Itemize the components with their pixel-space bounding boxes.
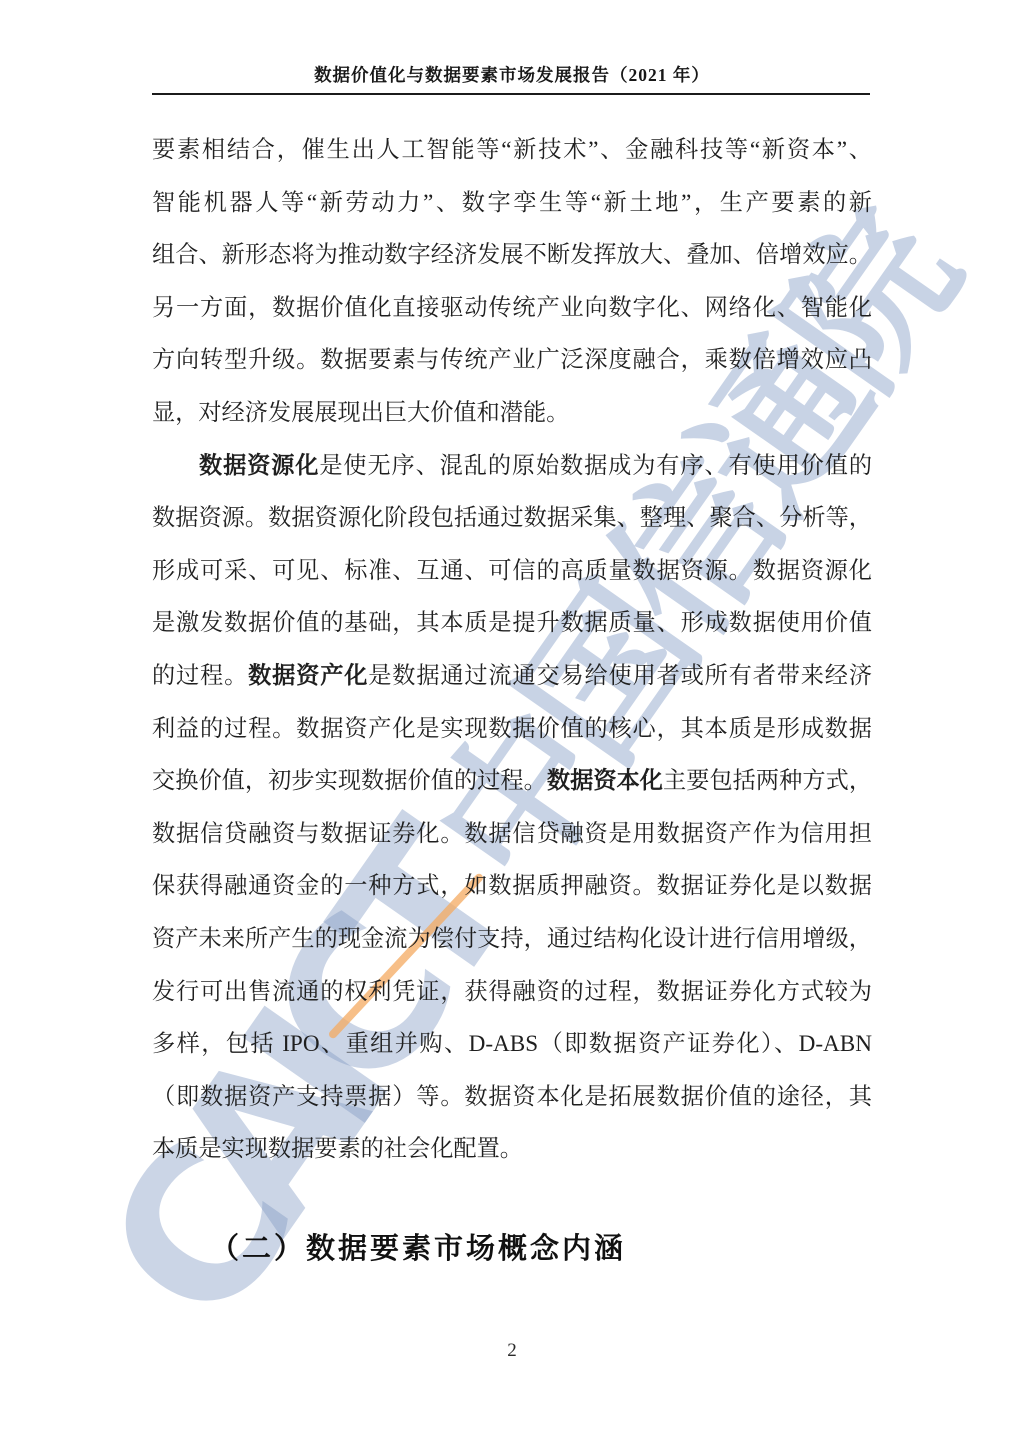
text-run: 资产未来所产生的现金流为偿付支持，通过结构化设计进行信用增级， (152, 926, 872, 952)
document-page: CAICT 中国信通院 数据价值化与数据要素市场发展报告（2021 年） 要素相… (0, 0, 1024, 1448)
bold-term: 数据资产化 (248, 663, 368, 689)
text-line: 的过程。数据资产化是数据通过流通交易给使用者或所有者带来经济 (152, 650, 872, 703)
text-line: （即数据资产支持票据）等。数据资本化是拓展数据价值的途径，其 (152, 1071, 872, 1124)
text-run: 发行可出售流通的权利凭证，获得融资的过程，数据证券化方式较为 (152, 979, 872, 1005)
text-run: 多样，包括 IPO、重组并购、D-ABS（即数据资产证券化）、D-ABN (152, 1031, 872, 1057)
text-line: 保获得融通资金的一种方式，如数据质押融资。数据证券化是以数据 (152, 860, 872, 913)
text-line: 组合、新形态将为推动数字经济发展不断发挥放大、叠加、倍增效应。 (152, 229, 872, 282)
page-number: 2 (0, 1340, 1024, 1362)
text-line: 方向转型升级。数据要素与传统产业广泛深度融合，乘数倍增效应凸 (152, 334, 872, 387)
text-run: 形成可采、可见、标准、互通、可信的高质量数据资源。数据资源化 (152, 558, 872, 584)
text-line: 是激发数据价值的基础，其本质是提升数据质量、形成数据使用价值 (152, 597, 872, 650)
header-rule (152, 93, 870, 95)
text-run: 另一方面，数据价值化直接驱动传统产业向数字化、网络化、智能化 (152, 295, 872, 321)
text-run: 是激发数据价值的基础，其本质是提升数据质量、形成数据使用价值 (152, 610, 872, 636)
text-line: 另一方面，数据价值化直接驱动传统产业向数字化、网络化、智能化 (152, 282, 872, 335)
text-run: 组合、新形态将为推动数字经济发展不断发挥放大、叠加、倍增效应。 (152, 242, 872, 268)
bold-term: 数据资本化 (547, 768, 663, 794)
text-run: 显，对经济发展展现出巨大价值和潜能。 (152, 400, 569, 426)
text-run: 是数据通过流通交易给使用者或所有者带来经济 (368, 663, 872, 689)
text-run: 本质是实现数据要素的社会化配置。 (152, 1136, 523, 1162)
text-line: 数据资源。数据资源化阶段包括通过数据采集、整理、聚合、分析等， (152, 492, 872, 545)
body-paragraph-lines: 要素相结合，催生出人工智能等“新技术”、金融科技等“新资本”、智能机器人等“新劳… (152, 124, 872, 1176)
text-line: 要素相结合，催生出人工智能等“新技术”、金融科技等“新资本”、 (152, 124, 872, 177)
text-run: 智能机器人等“新劳动力”、数字孪生等“新土地”，生产要素的新 (152, 190, 872, 216)
text-run: 的过程。 (152, 663, 248, 689)
text-run: 是使无序、混乱的原始数据成为有序、有使用价值的 (319, 453, 872, 479)
text-run: 利益的过程。数据资产化是实现数据价值的核心，其本质是形成数据 (152, 716, 872, 742)
text-run: 保获得融通资金的一种方式，如数据质押融资。数据证券化是以数据 (152, 873, 872, 899)
text-run: （即数据资产支持票据）等。数据资本化是拓展数据价值的途径，其 (152, 1084, 872, 1110)
text-line: 智能机器人等“新劳动力”、数字孪生等“新土地”，生产要素的新 (152, 177, 872, 230)
text-line: 利益的过程。数据资产化是实现数据价值的核心，其本质是形成数据 (152, 703, 872, 756)
text-run: 交换价值，初步实现数据价值的过程。 (152, 768, 547, 794)
section-heading: （二）数据要素市场概念内涵 (210, 1226, 626, 1267)
text-line: 形成可采、可见、标准、互通、可信的高质量数据资源。数据资源化 (152, 545, 872, 598)
bold-term: 数据资源化 (199, 453, 319, 479)
running-header-title: 数据价值化与数据要素市场发展报告（2021 年） (0, 62, 1024, 87)
text-line: 发行可出售流通的权利凭证，获得融资的过程，数据证券化方式较为 (152, 966, 872, 1019)
text-line: 数据信贷融资与数据证券化。数据信贷融资是用数据资产作为信用担 (152, 808, 872, 861)
text-run: 数据资源。数据资源化阶段包括通过数据采集、整理、聚合、分析等， (152, 505, 872, 531)
text-line: 本质是实现数据要素的社会化配置。 (152, 1123, 872, 1176)
text-run: 方向转型升级。数据要素与传统产业广泛深度融合，乘数倍增效应凸 (152, 347, 872, 373)
text-run: 数据信贷融资与数据证券化。数据信贷融资是用数据资产作为信用担 (152, 821, 872, 847)
text-run: 要素相结合，催生出人工智能等“新技术”、金融科技等“新资本”、 (152, 137, 872, 163)
text-line: 显，对经济发展展现出巨大价值和潜能。 (152, 387, 872, 440)
text-line: 资产未来所产生的现金流为偿付支持，通过结构化设计进行信用增级， (152, 913, 872, 966)
text-line: 多样，包括 IPO、重组并购、D-ABS（即数据资产证券化）、D-ABN (152, 1018, 872, 1071)
text-line: 交换价值，初步实现数据价值的过程。数据资本化主要包括两种方式， (152, 755, 872, 808)
text-line: 数据资源化是使无序、混乱的原始数据成为有序、有使用价值的 (152, 440, 872, 493)
text-run: 主要包括两种方式， (663, 768, 872, 794)
